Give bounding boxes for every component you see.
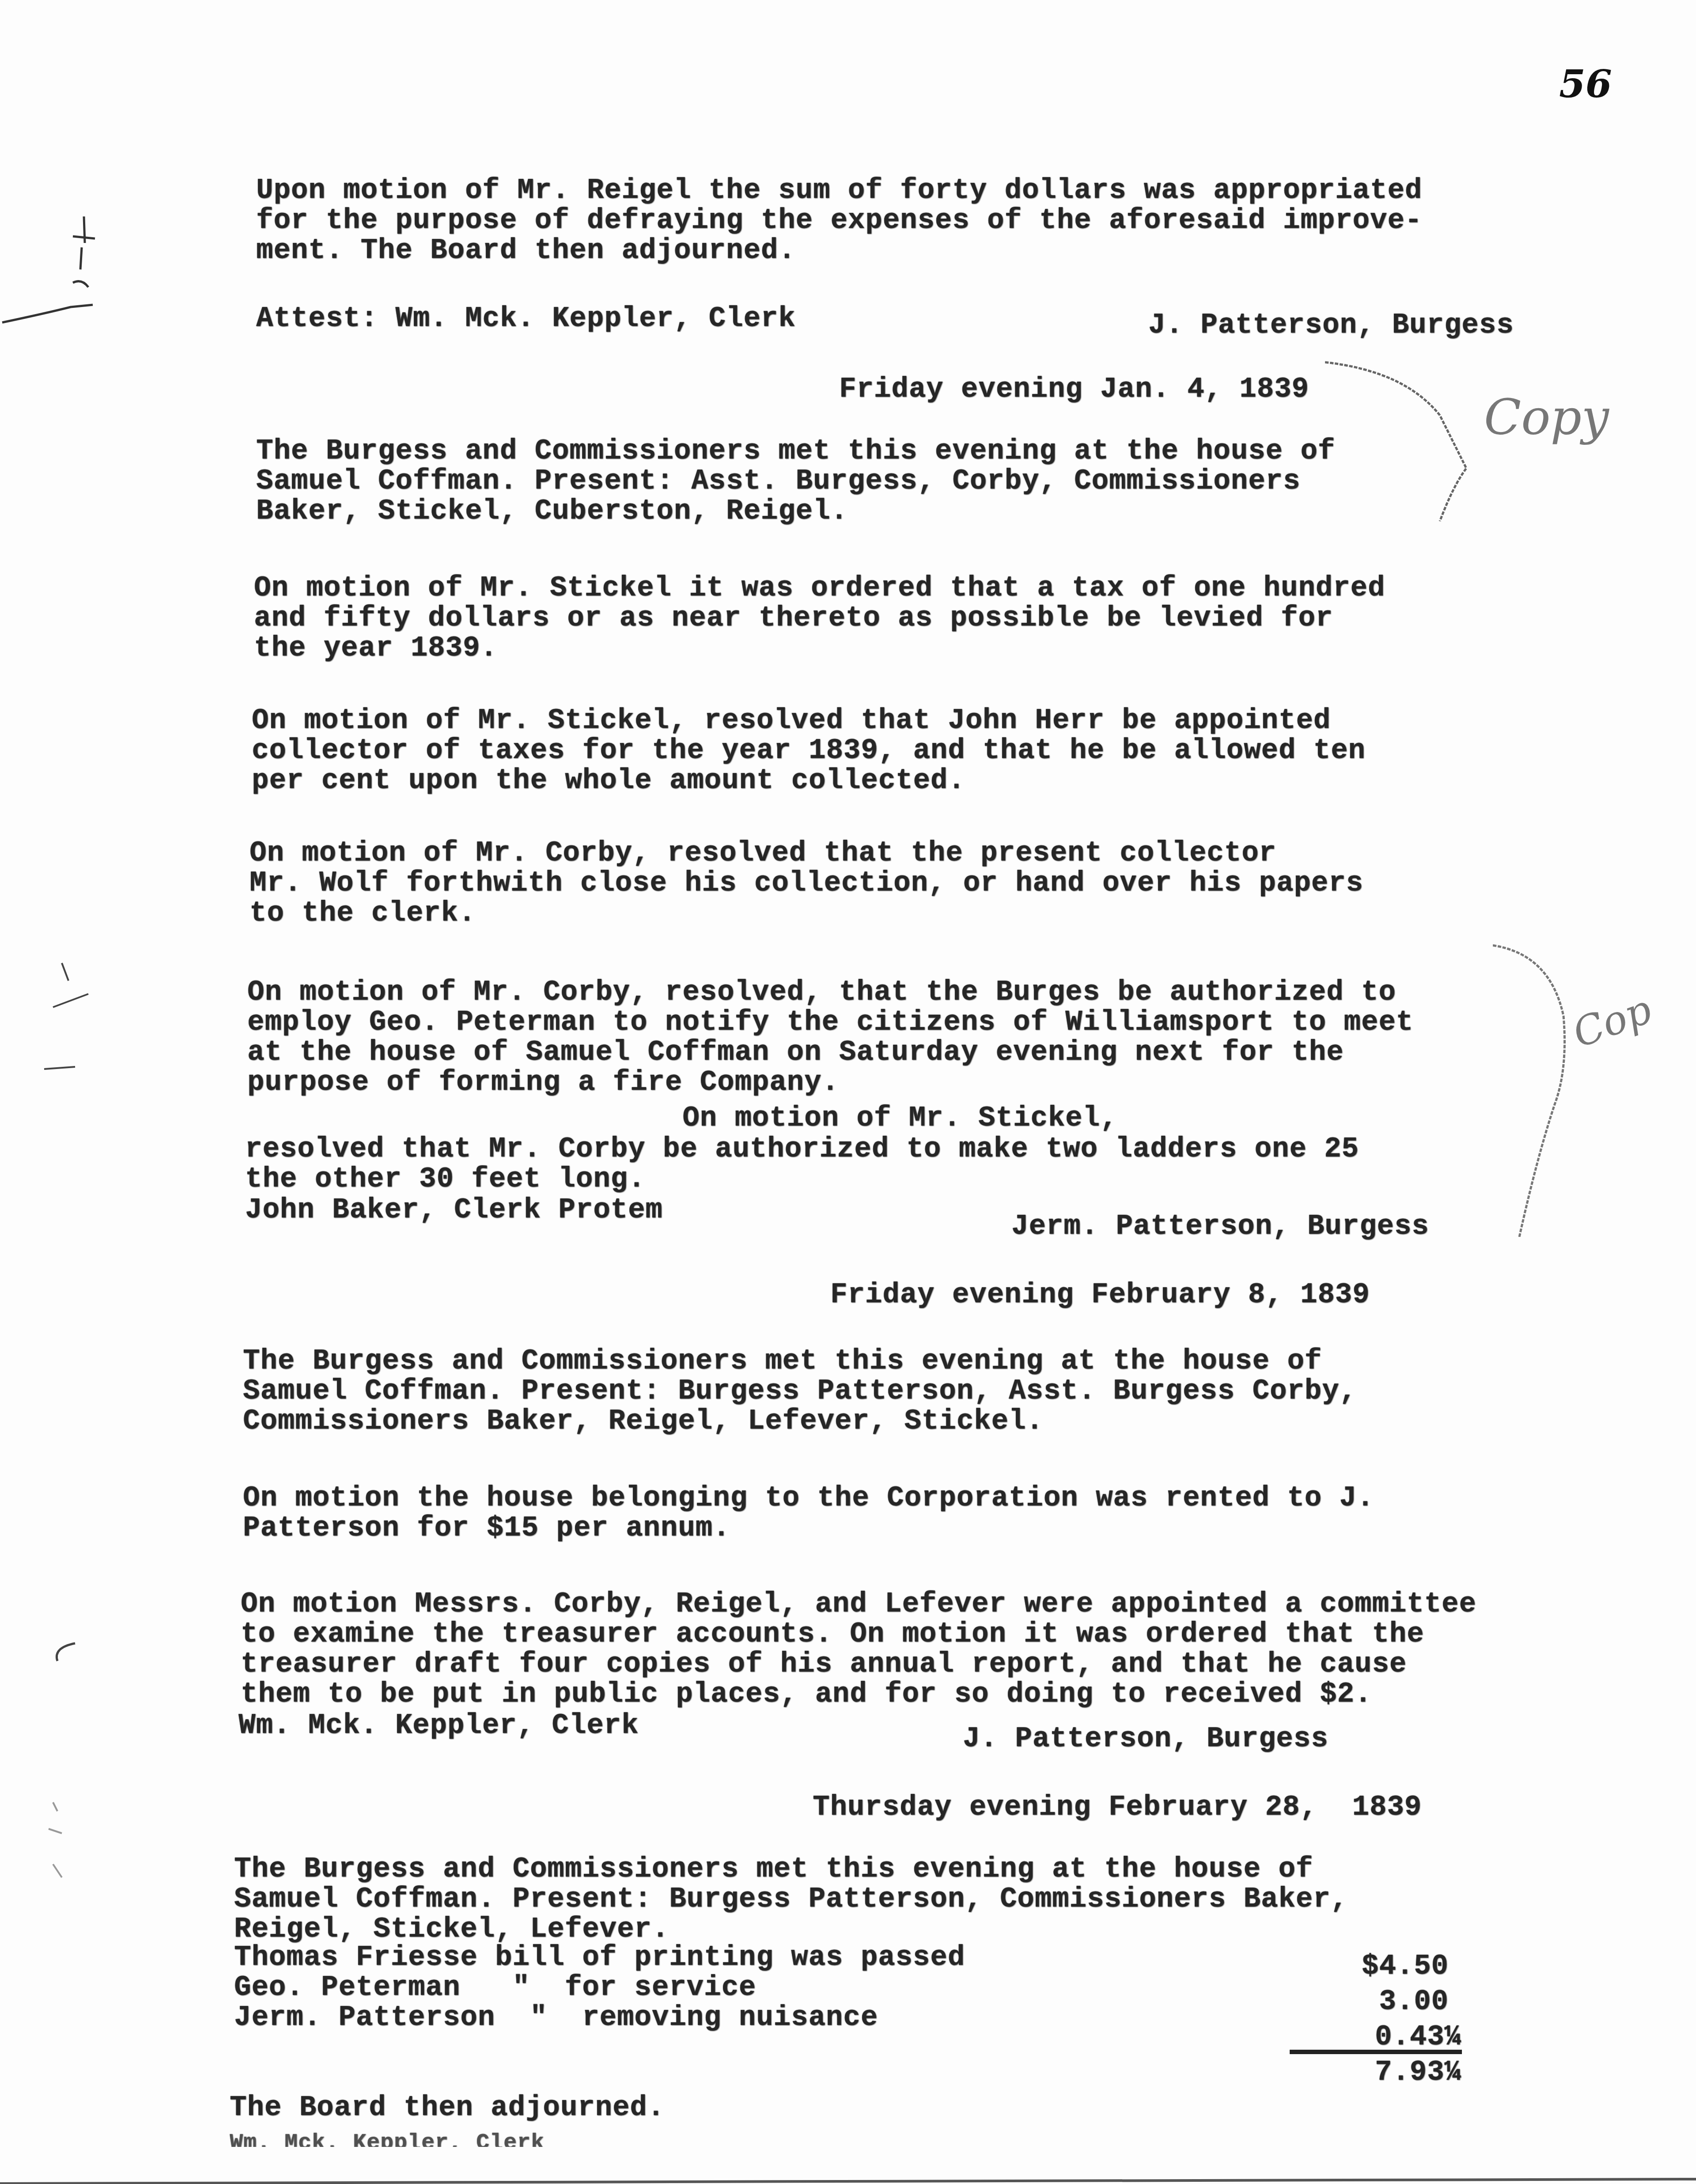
- margin-smudge-icon: [35, 1793, 88, 1900]
- entry-2-p3-l2: collector of taxes for the year 1839, an…: [252, 737, 1366, 765]
- entry-2-p5-l6: resolved that Mr. Corby be authorized to…: [245, 1135, 1359, 1164]
- bill-3-amount: 0.43¼: [1325, 2023, 1462, 2051]
- sum-rule: [1290, 2050, 1462, 2054]
- entry-2-p4-l3: to the clerk.: [250, 899, 476, 928]
- entry-2-p4-l1: On motion of Mr. Corby, resolved that th…: [250, 839, 1276, 868]
- entry-2-date: Friday evening Jan. 4, 1839: [839, 375, 1309, 404]
- entry-2-p5-l3: at the house of Samuel Coffman on Saturd…: [247, 1039, 1344, 1067]
- entry-2-p5-l1: On motion of Mr. Corby, resolved, that t…: [247, 978, 1396, 1007]
- entry-4-p1-l2: Samuel Coffman. Present: Burgess Patters…: [234, 1885, 1348, 1914]
- entry-3-p1-l1: The Burgess and Commissioners met this e…: [243, 1347, 1322, 1376]
- entry-4-p1-l3: Reigel, Stickel, Lefever.: [234, 1915, 669, 1944]
- entry-3-p3-l3: treasurer draft four copies of his annua…: [241, 1650, 1407, 1679]
- entry-3-date: Friday evening February 8, 1839: [830, 1281, 1370, 1309]
- margin-tick-icon: [26, 954, 115, 1100]
- entry-2-p2-l1: On motion of Mr. Stickel it was ordered …: [254, 574, 1385, 603]
- margin-note-copy: Copy: [1484, 389, 1609, 445]
- margin-scribble-icon: [0, 194, 115, 327]
- bill-3-label: Jerm. Patterson " removing nuisance: [234, 2004, 878, 2032]
- page-bottom-edge: [0, 2178, 1696, 2184]
- entry-1-signed: J. Patterson, Burgess: [1148, 311, 1514, 340]
- entry-2-p5-l7: the other 30 feet long.: [245, 1165, 645, 1194]
- entry-4-attest-partial: Wm. Mck. Keppler, Clerk: [230, 2129, 545, 2147]
- entry-3-p3-l4: them to be put in public places, and for…: [241, 1680, 1372, 1709]
- entry-4-date: Thursday evening February 28, 1839: [813, 1793, 1422, 1822]
- bill-2-amount: 3.00: [1325, 1988, 1449, 2016]
- bill-1-amount: $4.50: [1325, 1953, 1449, 1981]
- entry-3-p3-l2: to examine the treasurer accounts. On mo…: [241, 1620, 1424, 1649]
- entry-2-signed: Jerm. Patterson, Burgess: [1011, 1213, 1429, 1241]
- entry-3-p2-l1: On motion the house belonging to the Cor…: [243, 1484, 1374, 1513]
- margin-bracket-icon: [26, 1626, 93, 1692]
- entry-2-p5-l5: On motion of Mr. Stickel,: [247, 1104, 1117, 1133]
- entry-2-p3-l3: per cent upon the whole amount collected…: [252, 767, 965, 795]
- entry-1-line-1: Upon motion of Mr. Reigel the sum of for…: [256, 177, 1422, 205]
- entry-3-p2-l2: Patterson for $15 per annum.: [243, 1514, 730, 1543]
- entry-4-p1-l1: The Burgess and Commissioners met this e…: [234, 1855, 1313, 1884]
- document-page: 56 Upon motion of Mr. Reigel the sum of …: [0, 0, 1696, 2184]
- entry-2-attest: John Baker, Clerk Protem: [245, 1196, 663, 1225]
- entry-2-p2-l2: and fifty dollars or as near thereto as …: [254, 604, 1333, 633]
- entry-3-attest: Wm. Mck. Keppler, Clerk: [238, 1712, 639, 1740]
- bill-2-label: Geo. Peterman " for service: [234, 1974, 756, 2002]
- entry-2-p1-l1: The Burgess and Commissioners met this e…: [256, 437, 1335, 466]
- entry-2-p1-l3: Baker, Stickel, Cuberston, Reigel.: [256, 497, 848, 526]
- entry-3-p3-l1: On motion Messrs. Corby, Reigel, and Lef…: [241, 1590, 1476, 1619]
- entry-1-line-2: for the purpose of defraying the expense…: [256, 207, 1422, 235]
- bill-1-label: Thomas Friesse bill of printing was pass…: [234, 1944, 965, 1972]
- page-number: 56: [1559, 62, 1612, 106]
- entry-3-p1-l2: Samuel Coffman. Present: Burgess Patters…: [243, 1377, 1357, 1406]
- copy-bracket-middle: [1493, 928, 1696, 1237]
- entry-3-p1-l3: Commissioners Baker, Reigel, Lefever, St…: [243, 1407, 1044, 1436]
- entry-3-signed: J. Patterson, Burgess: [963, 1725, 1329, 1753]
- entry-2-p2-l3: the year 1839.: [254, 634, 498, 663]
- entry-2-p4-l2: Mr. Wolf forthwith close his collection,…: [250, 869, 1363, 898]
- entry-2-p5-l2: employ Geo. Peterman to notify the citiz…: [247, 1009, 1413, 1037]
- entry-2-p3-l1: On motion of Mr. Stickel, resolved that …: [252, 707, 1331, 735]
- entry-1-line-3: ment. The Board then adjourned.: [256, 237, 796, 265]
- entry-2-p5-l4: purpose of forming a fire Company.: [247, 1069, 839, 1097]
- entry-1-attest: Attest: Wm. Mck. Keppler, Clerk: [256, 305, 796, 333]
- entry-4-closing: The Board then adjourned.: [230, 2094, 665, 2122]
- entry-2-p1-l2: Samuel Coffman. Present: Asst. Burgess, …: [256, 467, 1300, 496]
- bills-total: 7.93¼: [1325, 2059, 1462, 2087]
